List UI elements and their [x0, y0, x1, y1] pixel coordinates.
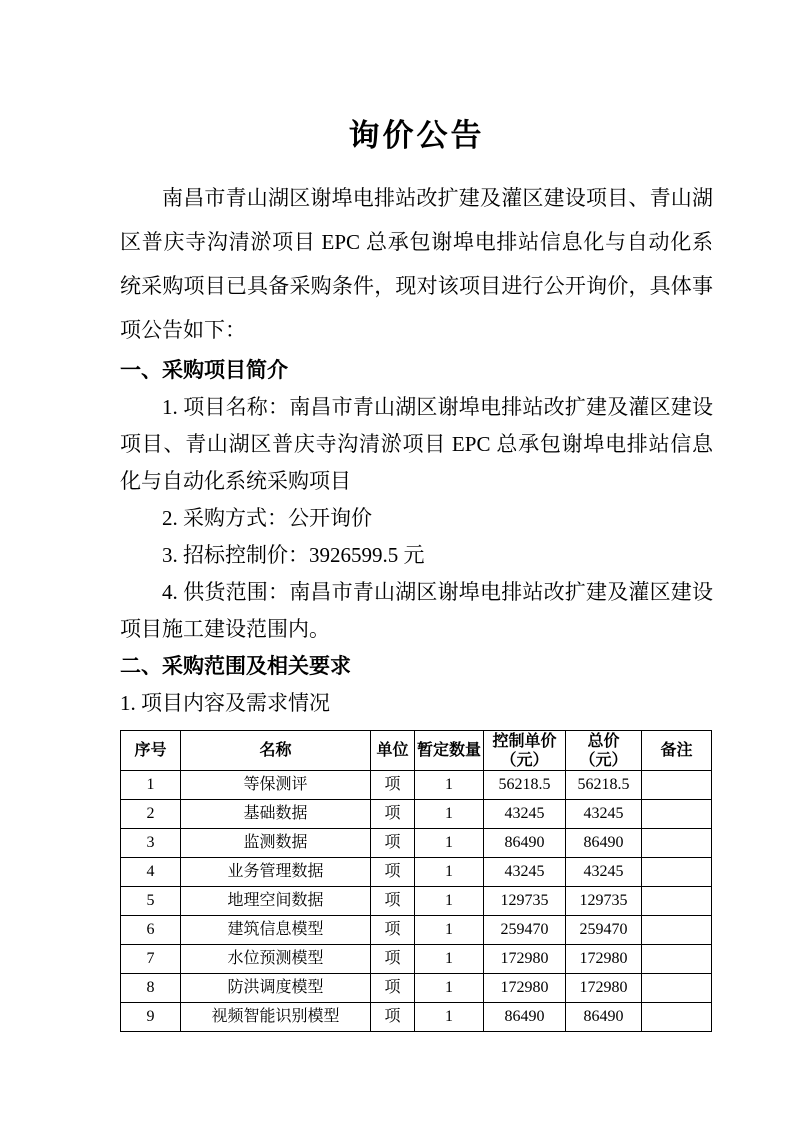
table-cell: 业务管理数据 — [181, 858, 371, 887]
table-cell: 4 — [121, 858, 181, 887]
table-cell: 项 — [371, 858, 415, 887]
table-cell: 项 — [371, 771, 415, 800]
table-cell: 3 — [121, 829, 181, 858]
table-cell: 项 — [371, 800, 415, 829]
table-cell: 1 — [415, 887, 484, 916]
page-title: 询价公告 — [120, 116, 713, 156]
table-cell: 9 — [121, 1003, 181, 1032]
table-cell: 86490 — [484, 829, 566, 858]
table-cell: 项 — [371, 829, 415, 858]
table-cell: 1 — [415, 1003, 484, 1032]
table-cell: 86490 — [484, 1003, 566, 1032]
table-cell: 地理空间数据 — [181, 887, 371, 916]
table-cell: 等保测评 — [181, 771, 371, 800]
table-cell — [642, 1003, 712, 1032]
col-header-seq: 序号 — [121, 731, 181, 771]
table-cell: 56218.5 — [484, 771, 566, 800]
section1-heading: 一、采购项目简介 — [120, 352, 713, 389]
col-header-unit-price: 控制单价 （元） — [484, 731, 566, 771]
table-cell: 86490 — [566, 829, 642, 858]
table-cell: 项 — [371, 916, 415, 945]
col-header-quantity: 暂定数量 — [415, 731, 484, 771]
table-cell: 129735 — [484, 887, 566, 916]
table-cell: 项 — [371, 1003, 415, 1032]
table-cell: 1 — [121, 771, 181, 800]
table-body: 1等保测评项156218.556218.52基础数据项143245432453监… — [121, 771, 712, 1032]
col-header-remarks: 备注 — [642, 731, 712, 771]
table-row: 1等保测评项156218.556218.5 — [121, 771, 712, 800]
table-cell: 43245 — [484, 800, 566, 829]
table-cell: 172980 — [566, 945, 642, 974]
table-row: 5地理空间数据项1129735129735 — [121, 887, 712, 916]
table-cell — [642, 829, 712, 858]
table-cell: 43245 — [566, 858, 642, 887]
section1-item-project-name: 1. 项目名称：南昌市青山湖区谢埠电排站改扩建及灌区建设项目、青山湖区普庆寺沟清… — [120, 389, 713, 500]
table-row: 8防洪调度模型项1172980172980 — [121, 974, 712, 1003]
table-cell: 172980 — [484, 974, 566, 1003]
table-row: 2基础数据项14324543245 — [121, 800, 712, 829]
table-cell: 1 — [415, 829, 484, 858]
document-page: 询价公告 南昌市青山湖区谢埠电排站改扩建及灌区建设项目、青山湖区普庆寺沟清淤项目… — [0, 0, 800, 1131]
table-cell: 1 — [415, 800, 484, 829]
table-cell — [642, 887, 712, 916]
table-cell: 水位预测模型 — [181, 945, 371, 974]
intro-paragraph: 南昌市青山湖区谢埠电排站改扩建及灌区建设项目、青山湖区普庆寺沟清淤项目 EPC … — [120, 176, 713, 352]
section2-subheading: 1. 项目内容及需求情况 — [120, 685, 713, 722]
section1-item-procurement-method: 2. 采购方式：公开询价 — [120, 500, 713, 537]
table-cell: 5 — [121, 887, 181, 916]
items-table: 序号 名称 单位 暂定数量 控制单价 （元） 总价 （元） 备注 1等保测评项1… — [120, 730, 712, 1032]
table-cell: 视频智能识别模型 — [181, 1003, 371, 1032]
table-cell: 8 — [121, 974, 181, 1003]
table-cell: 1 — [415, 771, 484, 800]
col-header-unit: 单位 — [371, 731, 415, 771]
table-row: 6建筑信息模型项1259470259470 — [121, 916, 712, 945]
table-row: 3监测数据项18649086490 — [121, 829, 712, 858]
table-cell: 1 — [415, 858, 484, 887]
table-cell: 56218.5 — [566, 771, 642, 800]
section1-item-supply-scope: 4. 供货范围：南昌市青山湖区谢埠电排站改扩建及灌区建设项目施工建设范围内。 — [120, 574, 713, 648]
table-cell: 172980 — [566, 974, 642, 1003]
table-cell — [642, 945, 712, 974]
table-cell: 259470 — [566, 916, 642, 945]
table-cell — [642, 916, 712, 945]
table-row: 4业务管理数据项14324543245 — [121, 858, 712, 887]
section1-item-control-price: 3. 招标控制价：3926599.5 元 — [120, 537, 713, 574]
table-row: 7水位预测模型项1172980172980 — [121, 945, 712, 974]
table-cell: 172980 — [484, 945, 566, 974]
table-cell: 43245 — [484, 858, 566, 887]
table-cell: 建筑信息模型 — [181, 916, 371, 945]
table-cell: 1 — [415, 945, 484, 974]
table-cell — [642, 858, 712, 887]
table-cell: 基础数据 — [181, 800, 371, 829]
col-header-name: 名称 — [181, 731, 371, 771]
table-cell — [642, 800, 712, 829]
table-cell: 项 — [371, 974, 415, 1003]
table-cell: 7 — [121, 945, 181, 974]
table-cell: 2 — [121, 800, 181, 829]
table-cell: 1 — [415, 974, 484, 1003]
col-header-total: 总价 （元） — [566, 731, 642, 771]
table-cell: 项 — [371, 887, 415, 916]
table-row: 9视频智能识别模型项18649086490 — [121, 1003, 712, 1032]
table-cell — [642, 771, 712, 800]
table-header-row: 序号 名称 单位 暂定数量 控制单价 （元） 总价 （元） 备注 — [121, 731, 712, 771]
table-cell — [642, 974, 712, 1003]
section2-heading: 二、采购范围及相关要求 — [120, 648, 713, 685]
table-cell: 1 — [415, 916, 484, 945]
table-cell: 259470 — [484, 916, 566, 945]
table-cell: 防洪调度模型 — [181, 974, 371, 1003]
table-cell: 86490 — [566, 1003, 642, 1032]
table-cell: 6 — [121, 916, 181, 945]
table-cell: 43245 — [566, 800, 642, 829]
table-cell: 监测数据 — [181, 829, 371, 858]
table-cell: 129735 — [566, 887, 642, 916]
table-cell: 项 — [371, 945, 415, 974]
